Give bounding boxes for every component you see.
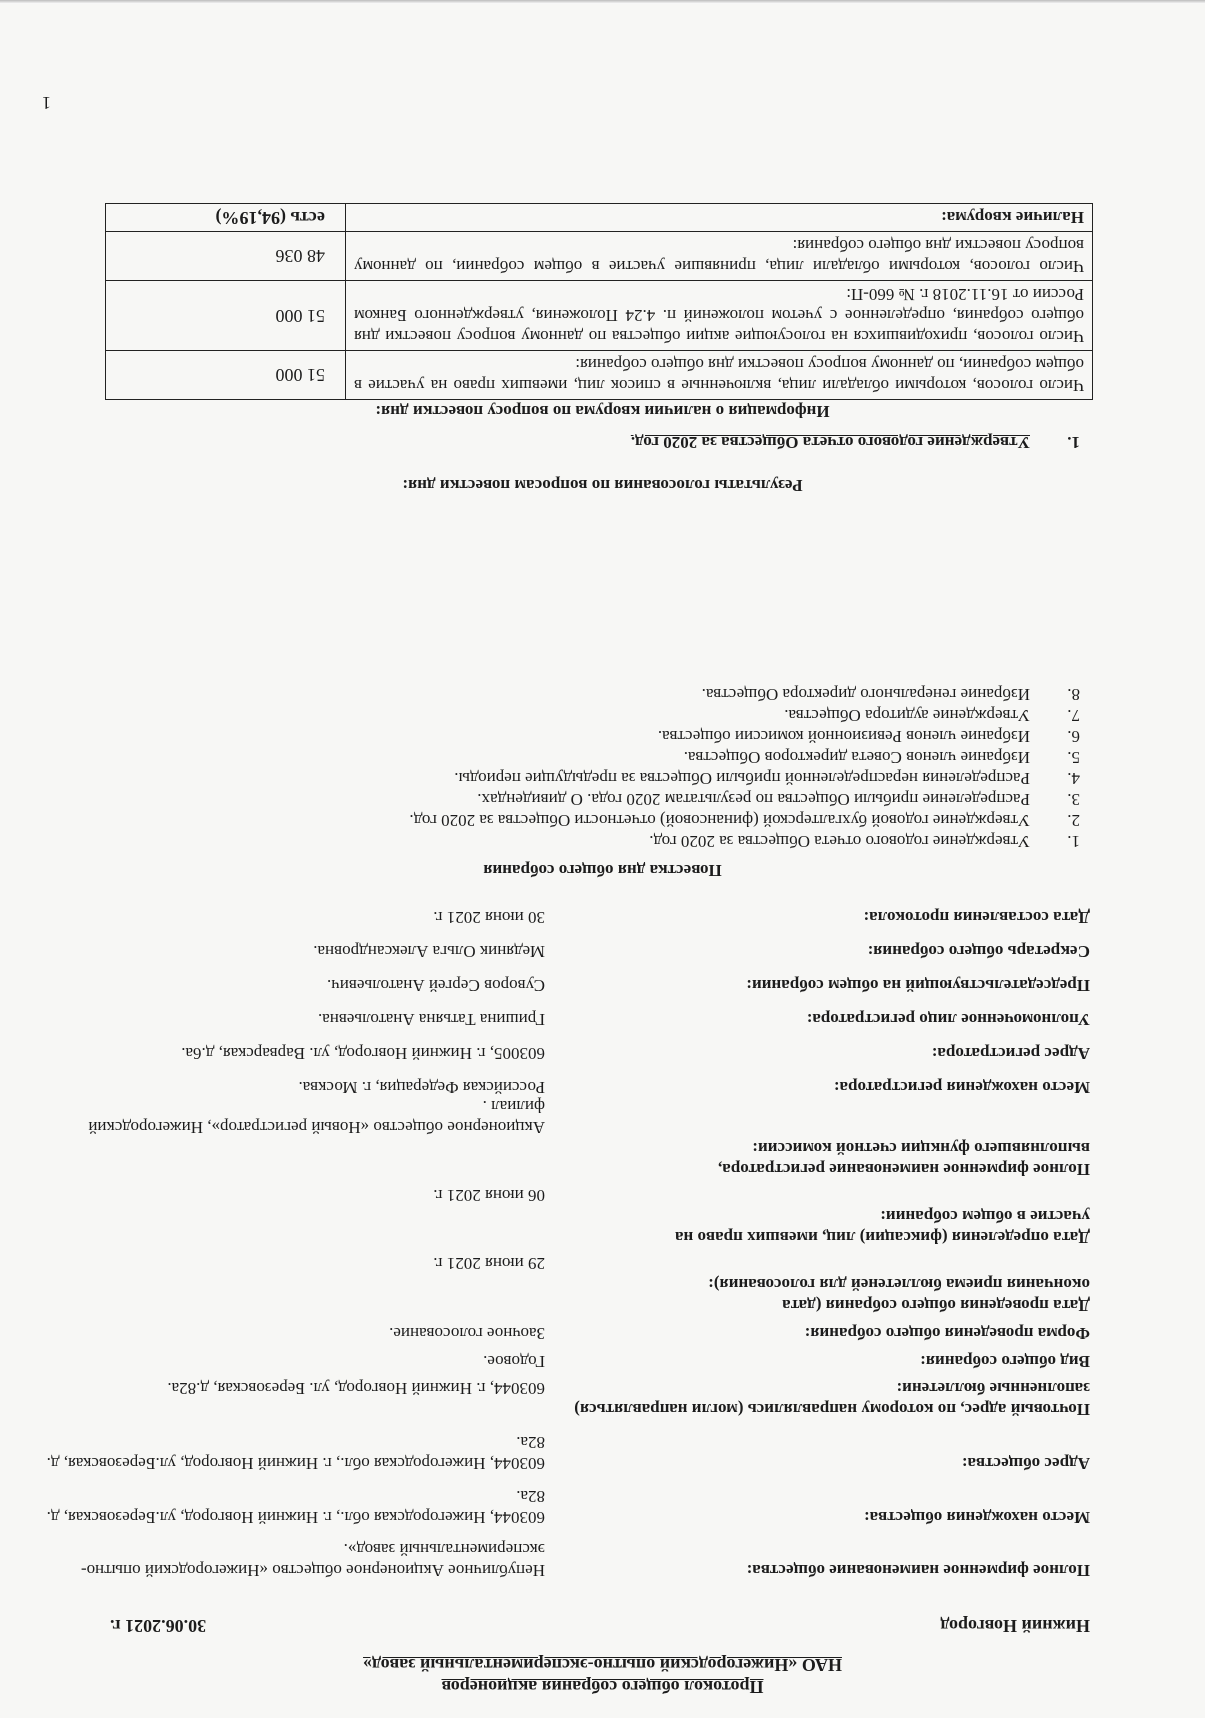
field-value: Суворов Сергей Анатольевич. (35, 975, 545, 996)
field-label: Дата проведения общего собрания (дата ок… (700, 1274, 1090, 1316)
field-label: Секретарь общего собрания: (640, 941, 1090, 962)
document-date: 30.06.2021 г. (110, 1615, 206, 1636)
agenda-item: 5.Избрание членов Совета директоров Обще… (110, 747, 1080, 768)
field-label: Полное фирменное наименование общества: (730, 1560, 1090, 1581)
field-value: Акционерное общество «Новый регистратор»… (35, 1096, 545, 1138)
table-row: Число голосов, которыми обладали лица, п… (106, 232, 1093, 281)
field-label: Полное фирменное наименование регистрато… (690, 1138, 1090, 1180)
page-number: 1 (42, 92, 51, 113)
results-heading: Результаты голосования по вопросам повес… (0, 475, 1205, 496)
field-value: 06 июня 2021 г. (35, 1185, 545, 1206)
field-label: Место нахождения регистратора: (640, 1077, 1090, 1098)
field-value: 603044, г. Нижний Новгород, ул. Березовс… (35, 1378, 545, 1399)
title-line-1: Протокол общего собрания акционеров (441, 1676, 763, 1698)
field-value: Заочное голосование. (35, 1323, 545, 1344)
field-value: 29 июня 2021 г. (35, 1253, 545, 1274)
field-label: Председательствующий на общем собрании: (640, 975, 1090, 996)
field-value: 30 июня 2021 г. (35, 907, 545, 928)
field-label: Форма проведения общего собрания: (640, 1323, 1090, 1344)
field-label: Адрес регистратора: (640, 1043, 1090, 1064)
field-value: Непубличное Акционерное общество «Нижего… (35, 1539, 545, 1581)
field-value: Годовое. (35, 1351, 545, 1372)
question-text: Утверждение годового отчета Общества за … (631, 433, 1030, 452)
field-value: Российская Федерация, г. Москва. (35, 1077, 545, 1098)
agenda-item: 6.Избрание членов Ревизионной комиссии о… (110, 726, 1080, 747)
field-value: 603044, Нижегородская обл., г. Нижний Но… (35, 1432, 545, 1474)
field-value: Гришина Татьяна Анатольевна. (35, 1009, 545, 1030)
document-title: Протокол общего собрания акционеров НАО … (0, 1654, 1205, 1698)
field-value: Медяник Ольга Александровна. (35, 941, 545, 962)
quorum-label: Число голосов, приходившихся на голосующ… (346, 281, 1093, 351)
field-label: Почтовый адрес, по которому направлялись… (570, 1378, 1090, 1420)
field-label: Адрес общества: (640, 1453, 1090, 1474)
agenda-item: 4.Распределения нераспределенной прибыли… (110, 768, 1080, 789)
field-label: Дата составления протокола: (640, 907, 1090, 928)
document-page: Протокол общего собрания акционеров НАО … (0, 0, 1205, 1718)
quorum-value: есть (94,19%) (106, 204, 346, 232)
quorum-value: 51 000 (106, 281, 346, 351)
table-row: Наличие кворума: есть (94,19%) (106, 204, 1093, 232)
agenda-heading: Повестка дня общего собрания (0, 860, 1205, 881)
city: Нижний Новгород (940, 1616, 1090, 1636)
quorum-label: Число голосов, которыми обладали лица, в… (346, 351, 1093, 400)
field-label: Уполномоченное лицо регистратора: (640, 1009, 1090, 1030)
agenda-item: 2.Утверждение годовой бухгалтерской (фин… (110, 810, 1080, 831)
table-row: Число голосов, приходившихся на голосующ… (106, 281, 1093, 351)
question-number: 1. (1030, 432, 1080, 453)
quorum-value: 48 036 (106, 232, 346, 281)
field-value: 603005, г. Нижний Новгород, ул. Варварск… (35, 1043, 545, 1064)
city-date-line: Нижний Новгород 30.06.2021 г. (110, 1615, 1090, 1636)
agenda-item: 8.Избрание генерального директора Общест… (110, 684, 1080, 705)
field-label: Вид общего собрания: (640, 1351, 1090, 1372)
title-line-2: НАО «Нижегородский опытно-эксперименталь… (363, 1654, 842, 1676)
table-row: Число голосов, которыми обладали лица, в… (106, 351, 1093, 400)
quorum-label: Наличие кворума: (346, 204, 1093, 232)
quorum-heading: Информация о наличии кворума по вопросу … (0, 401, 1205, 422)
quorum-table: Число голосов, которыми обладали лица, в… (105, 203, 1093, 400)
field-label: Место нахождения общества: (640, 1507, 1090, 1528)
agenda-item: 1.Утверждение годового отчета Общества з… (110, 831, 1080, 852)
agenda-item: 7.Утверждение аудитора Общества. (110, 705, 1080, 726)
field-label: Дата определения (фиксации) лиц, имевших… (650, 1206, 1090, 1248)
quorum-label: Число голосов, которыми обладали лица, п… (346, 232, 1093, 281)
agenda-item: 3.Распределение прибыли Общества по резу… (110, 789, 1080, 810)
agenda-list: 1.Утверждение годового отчета Общества з… (110, 684, 1080, 852)
quorum-value: 51 000 (106, 351, 346, 400)
field-value: 603044, Нижегородская обл., г. Нижний Но… (35, 1486, 545, 1528)
question-1-title: 1.Утверждение годового отчета Общества з… (631, 432, 1080, 453)
page-edge (0, 0, 1205, 4)
